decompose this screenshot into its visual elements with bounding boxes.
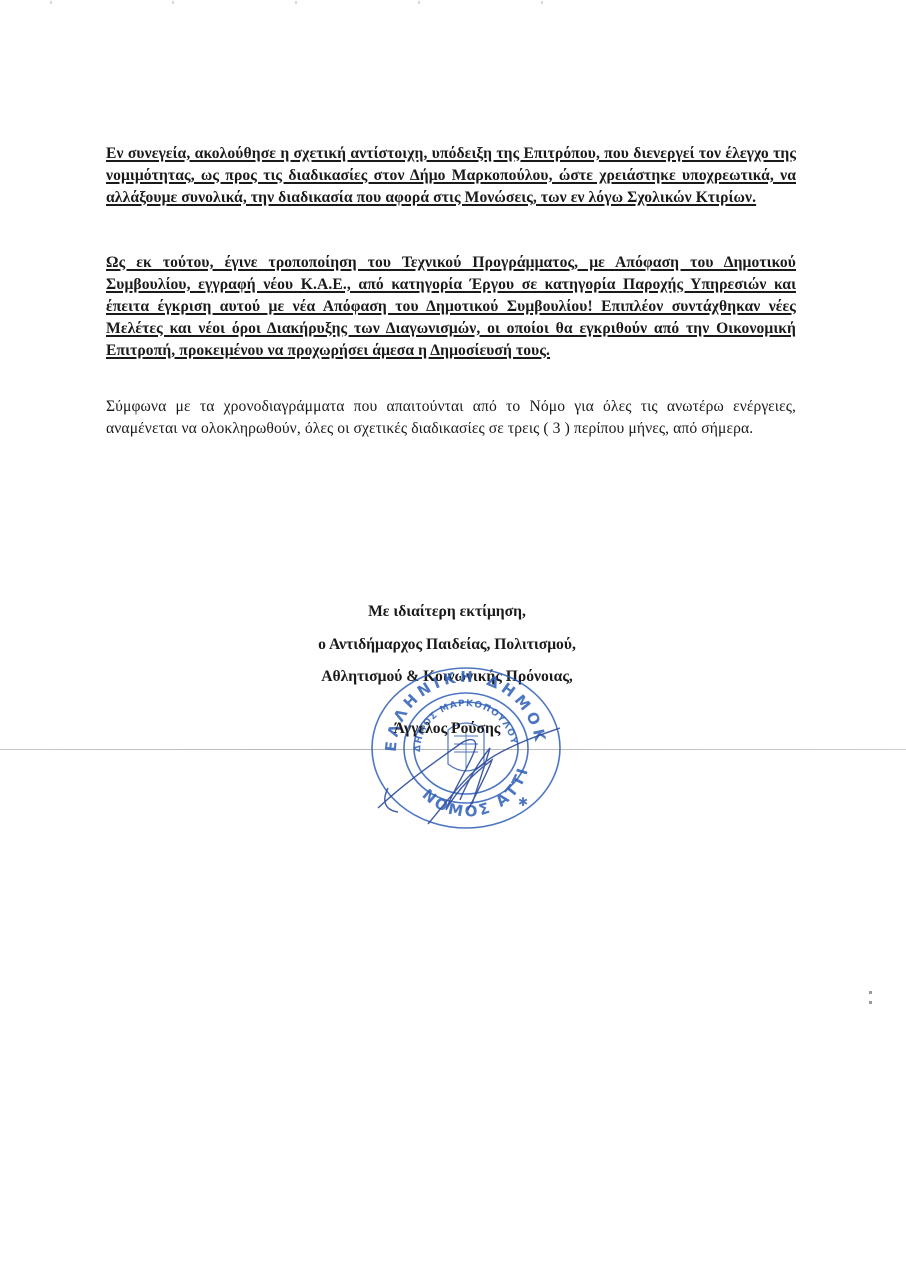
paragraph-procedure-change: Εν συνεγεία, ακολούθησε η σχετική αντίστ… (106, 143, 796, 209)
signatory-name: Άγγελος Ρούσης (0, 720, 900, 738)
paragraph-timeline: Σύμφωνα με τα χρονοδιαγράμματα που απαιτ… (106, 396, 796, 440)
scan-mark (869, 991, 872, 1005)
closing-salutation: Με ιδιαίτερη εκτίμηση, (0, 603, 900, 621)
scan-artifacts (0, 0, 906, 12)
svg-text:✱: ✱ (518, 795, 528, 809)
scanned-document-page: Εν συνεγεία, ακολούθησε η σχετική αντίστ… (0, 0, 906, 1280)
paragraph-program-amendment: Ως εκ τούτου, έγινε τροποποίηση του Τεχν… (106, 252, 796, 362)
official-seal-icon: ΕΛΛΗΝΙΚΗ ΔΗΜΟΚΡΑΤΙΑ ΝΟΜΟΣ ΑΤΤΙΚΗΣ ΔΗΜΟΣ … (368, 660, 564, 832)
signatory-title-line-1: ο Αντιδήμαρχος Παιδείας, Πολιτισμού, (0, 636, 900, 654)
